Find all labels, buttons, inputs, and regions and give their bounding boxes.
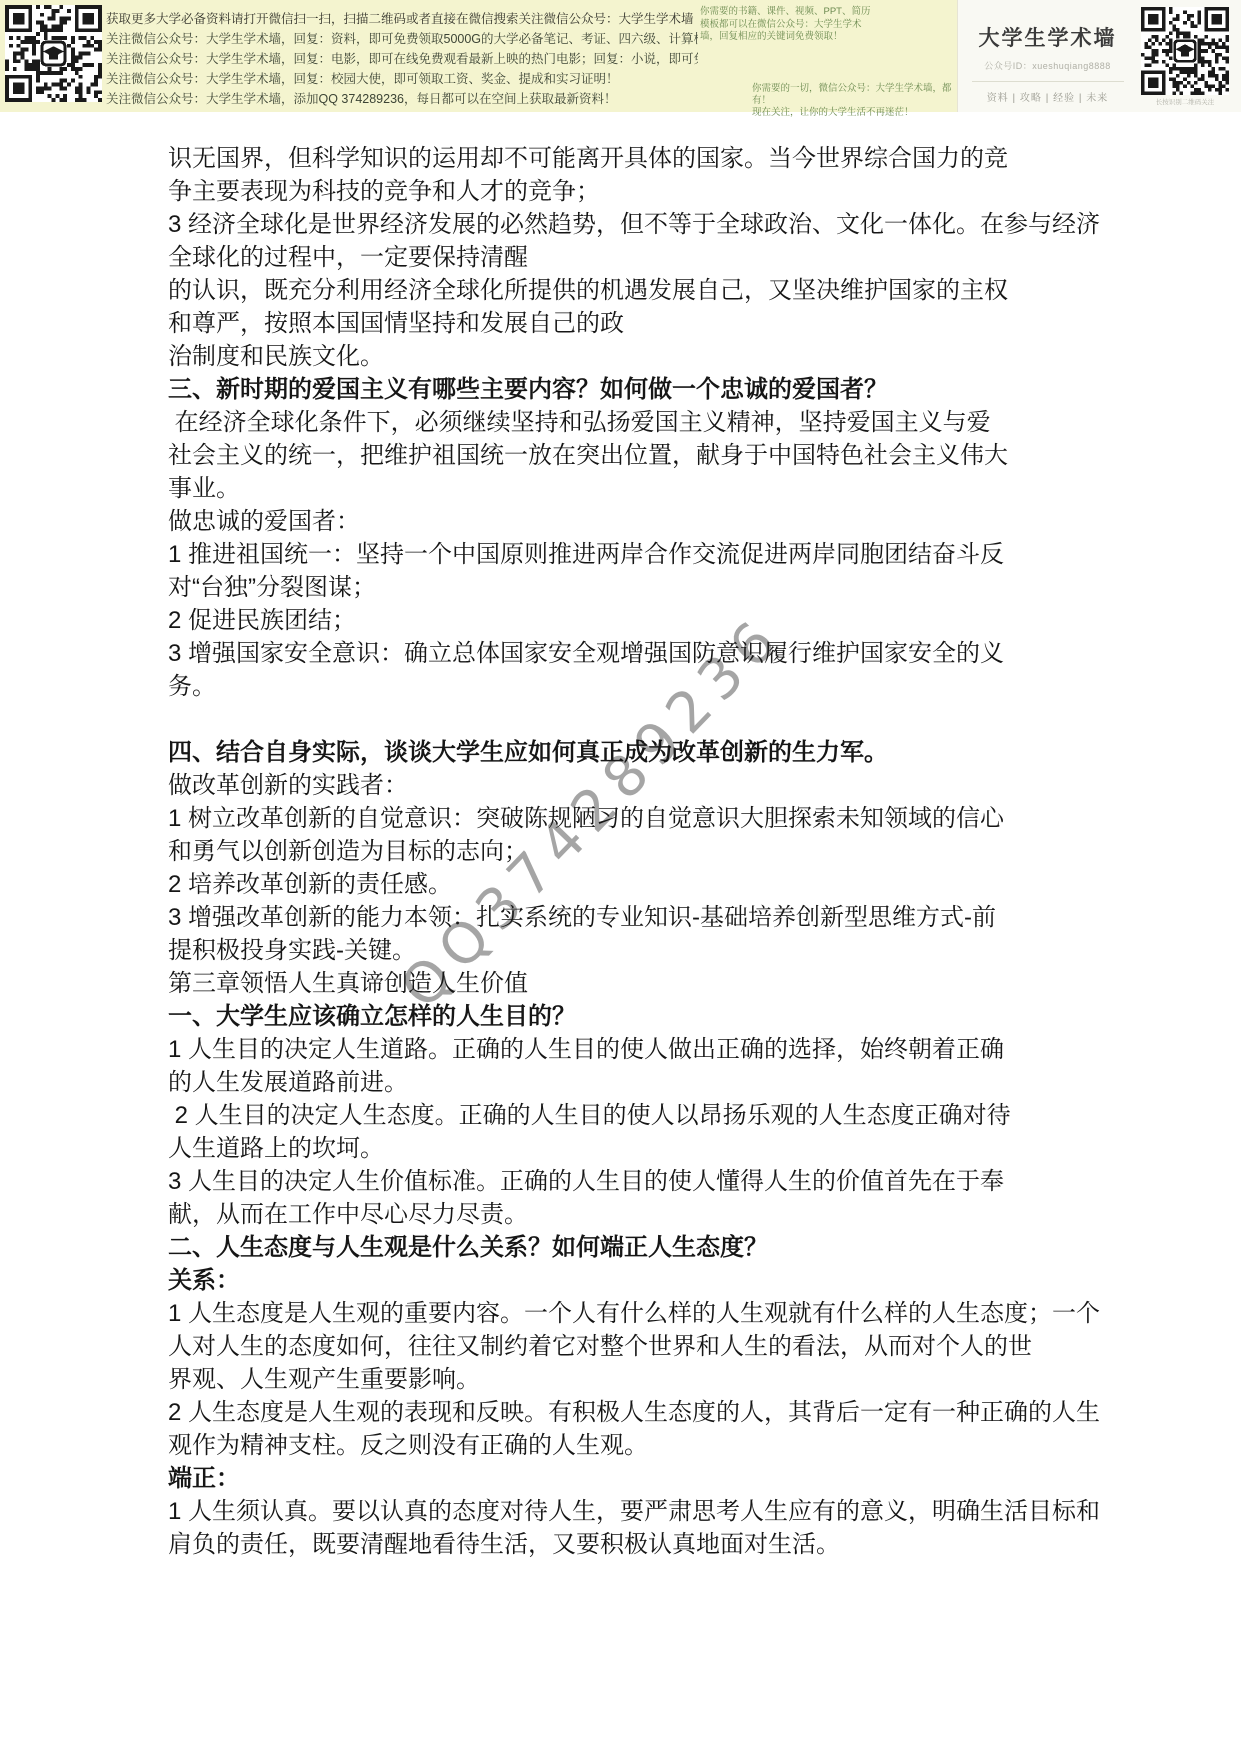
text-line: 观作为精神支柱。反之则没有正确的人生观。 (168, 1429, 1128, 1462)
promo-header: 获取更多大学必备资料请打开微信扫一扫，扫描二维码或者直接在微信搜索关注微信公众号… (0, 0, 1241, 112)
text-line: 界观、人生观产生重要影响。 (168, 1363, 1128, 1396)
text-line: 1 人生须认真。要以认真的态度对待人生，要严肃思考人生应有的意义，明确生活目标和 (168, 1495, 1128, 1528)
document-lines: 识无国界，但科学知识的运用却不可能离开具体的国家。当今世界综合国力的竞争主要表现… (168, 142, 1128, 1561)
text-line: 3 增强国家安全意识：确立总体国家安全观增强国防意识履行维护国家安全的义 (168, 637, 1128, 670)
text-line: 识无国界，但科学知识的运用却不可能离开具体的国家。当今世界综合国力的竞 (168, 142, 1128, 175)
brand-tags: 资料 | 攻略 | 经验 | 未来 (987, 89, 1108, 104)
text-line: 四、结合自身实际，谈谈大学生应如何真正成为改革创新的生力军。 (168, 736, 1128, 769)
promo-line: 获取更多大学必备资料请打开微信扫一扫，扫描二维码或者直接在微信搜索关注微信公众号… (106, 9, 698, 29)
text-line: 2 人生目的决定人生态度。正确的人生目的使人以昂扬乐观的人生态度正确对待 (168, 1099, 1128, 1132)
text-line: 献，从而在工作中尽心尽力尽责。 (168, 1198, 1128, 1231)
text-line: 人生道路上的坎坷。 (168, 1132, 1128, 1165)
promo-line: 关注微信公众号：大学生学术墙，回复：电影，即可在线免费观看最新上映的热门电影；回… (106, 49, 698, 69)
text-line: 在经济全球化条件下，必须继续坚持和弘扬爱国主义精神，坚持爱国主义与爱 (168, 406, 1128, 439)
text-line: 提积极投身实践-关键。 (168, 934, 1128, 967)
text-line: 2 培养改革创新的责任感。 (168, 868, 1128, 901)
text-line: 3 人生目的决定人生价值标准。正确的人生目的使人懂得人生的价值首先在于奉 (168, 1165, 1128, 1198)
qr-code-right-box: 长按识别二维码关注 (1137, 7, 1233, 112)
text-line: 1 人生态度是人生观的重要内容。一个人有什么样的人生观就有什么样的人生态度；一个 (168, 1297, 1128, 1330)
text-line: 肩负的责任，既要清醒地看待生活，又要积极认真地面对生活。 (168, 1528, 1128, 1561)
text-line: 第三章领悟人生真谛创造人生价值 (168, 967, 1128, 1000)
text-line: 争主要表现为科技的竞争和人才的竞争； (168, 175, 1128, 208)
text-line: 3 经济全球化是世界经济发展的必然趋势，但不等于全球政治、文化一体化。在参与经济 (168, 208, 1128, 241)
text-line: 的人生发展道路前进。 (168, 1066, 1128, 1099)
text-line: 1 树立改革创新的自觉意识：突破陈规陋习的自觉意识大胆探索未知领域的信心 (168, 802, 1128, 835)
document-body: 识无国界，但科学知识的运用却不可能离开具体的国家。当今世界综合国力的竞争主要表现… (168, 142, 1128, 1561)
text-line: 和尊严，按照本国国情坚持和发展自己的政 (168, 307, 1128, 340)
text-line: 做改革创新的实践者： (168, 769, 1128, 802)
divider (972, 81, 1124, 82)
text-line: 二、人生态度与人生观是什么关系？如何端正人生态度？ (168, 1231, 1128, 1264)
text-line: 对“台独”分裂图谋； (168, 571, 1128, 604)
promo-line: 关注微信公众号：大学生学术墙，添加QQ 374289236，每日都可以在空间上获… (106, 89, 698, 109)
text-line: 务。 (168, 670, 1128, 703)
qr-code-right-icon (1141, 7, 1229, 95)
brand-card: 大学生学术墙 公众号ID：xueshuqiang8888 资料 | 攻略 | 经… (957, 0, 1241, 112)
green-note-bottom: 你需要的一切，微信公众号：大学生学术墙，都有！ 现在关注，让你的大学生活不再迷茫… (752, 83, 952, 119)
promo-line: 关注微信公众号：大学生学术墙，回复：校园大使，即可领取工资、奖金、提成和实习证明… (106, 69, 698, 89)
text-line: 治制度和民族文化。 (168, 340, 1128, 373)
qr-caption: 长按识别二维码关注 (1137, 97, 1233, 106)
green-note-top: 你需要的书籍、课件、视频、PPT、简历模板都可以在微信公众号：大学生学术墙，回复… (700, 6, 872, 44)
text-line: 3 增强改革创新的能力本领：扎实系统的专业知识-基础培养创新型思维方式-前 (168, 901, 1128, 934)
text-line: 1 推进祖国统一：坚持一个中国原则推进两岸合作交流促进两岸同胞团结奋斗反 (168, 538, 1128, 571)
text-line: 和勇气以创新创造为目标的志向； (168, 835, 1128, 868)
qr-code-left-icon (5, 5, 102, 102)
promo-line: 关注微信公众号：大学生学术墙，回复：资料，即可免费领取5000G的大学必备笔记、… (106, 29, 698, 49)
text-line: 做忠诚的爱国者： (168, 505, 1128, 538)
text-line: 全球化的过程中，一定要保持清醒 (168, 241, 1128, 274)
text-line: 事业。 (168, 472, 1128, 505)
text-line: 人对人生的态度如何，往往又制约着它对整个世界和人生的看法，从而对个人的世 (168, 1330, 1128, 1363)
promo-text-block: 获取更多大学必备资料请打开微信扫一扫，扫描二维码或者直接在微信搜索关注微信公众号… (106, 9, 698, 109)
brand-subtitle: 公众号ID：xueshuqiang8888 (984, 59, 1111, 72)
text-line: 2 促进民族团结； (168, 604, 1128, 637)
brand-card-text: 大学生学术墙 公众号ID：xueshuqiang8888 资料 | 攻略 | 经… (958, 0, 1137, 112)
text-line: 2 人生态度是人生观的表现和反映。有积极人生态度的人，其背后一定有一种正确的人生 (168, 1396, 1128, 1429)
text-line: 社会主义的统一，把维护祖国统一放在突出位置，献身于中国特色社会主义伟大 (168, 439, 1128, 472)
document-page: 获取更多大学必备资料请打开微信扫一扫，扫描二维码或者直接在微信搜索关注微信公众号… (0, 0, 1241, 1754)
qr-code-svg (5, 5, 102, 102)
text-line: 一、大学生应该确立怎样的人生目的？ (168, 1000, 1128, 1033)
qr-code-svg (1141, 7, 1229, 95)
blank-line (168, 703, 1128, 736)
brand-title: 大学生学术墙 (979, 22, 1117, 52)
text-line: 关系： (168, 1264, 1128, 1297)
text-line: 三、新时期的爱国主义有哪些主要内容？如何做一个忠诚的爱国者？ (168, 373, 1128, 406)
text-line: 端正： (168, 1462, 1128, 1495)
text-line: 1 人生目的决定人生道路。正确的人生目的使人做出正确的选择，始终朝着正确 (168, 1033, 1128, 1066)
text-line: 的认识，既充分利用经济全球化所提供的机遇发展自己，又坚决维护国家的主权 (168, 274, 1128, 307)
